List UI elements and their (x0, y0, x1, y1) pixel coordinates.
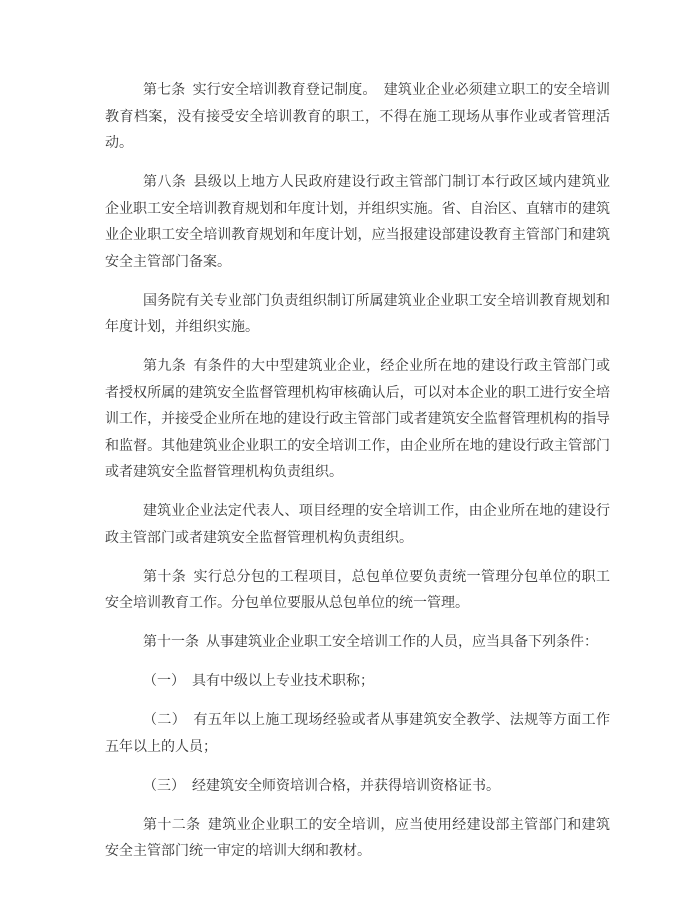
document-page: 第七条 实行安全培训教育登记制度。 建筑业企业必须建立职工的安全培训教育档案，没… (0, 0, 700, 905)
document-content: 第七条 实行安全培训教育登记制度。 建筑业企业必须建立职工的安全培训教育档案，没… (105, 78, 610, 878)
paragraph: 建筑业企业法定代表人、项目经理的安全培训工作，由企业所在地的建设行政主管部门或者… (105, 499, 610, 552)
paragraph: 国务院有关专业部门负责组织制订所属建筑业企业职工安全培训教育规划和年度计划，并组… (105, 289, 610, 342)
paragraph: 第八条 县级以上地方人民政府建设行政主管部门制订本行政区域内建筑业企业职工安全培… (105, 170, 610, 276)
paragraph: 第七条 实行安全培训教育登记制度。 建筑业企业必须建立职工的安全培训教育档案，没… (105, 78, 610, 158)
paragraph: （二） 有五年以上施工现场经验或者从事建筑安全教学、法规等方面工作五年以上的人员… (105, 708, 610, 761)
paragraph: 第十条 实行总分包的工程项目，总包单位要负责统一管理分包单位的职工安全培训教育工… (105, 565, 610, 618)
paragraph: （一） 具有中级以上专业技术职称； (105, 669, 610, 696)
paragraph: 第九条 有条件的大中型建筑业企业，经企业所在地的建设行政主管部门或者授权所属的建… (105, 354, 610, 487)
paragraph: 第十一条 从事建筑业企业职工安全培训工作的人员，应当具备下列条件： (105, 630, 610, 657)
paragraph: （三） 经建筑安全师资培训合格，并获得培训资格证书。 (105, 774, 610, 801)
paragraph: 第十二条 建筑业企业职工的安全培训，应当使用经建设部主管部门和建筑安全主管部门统… (105, 813, 610, 866)
